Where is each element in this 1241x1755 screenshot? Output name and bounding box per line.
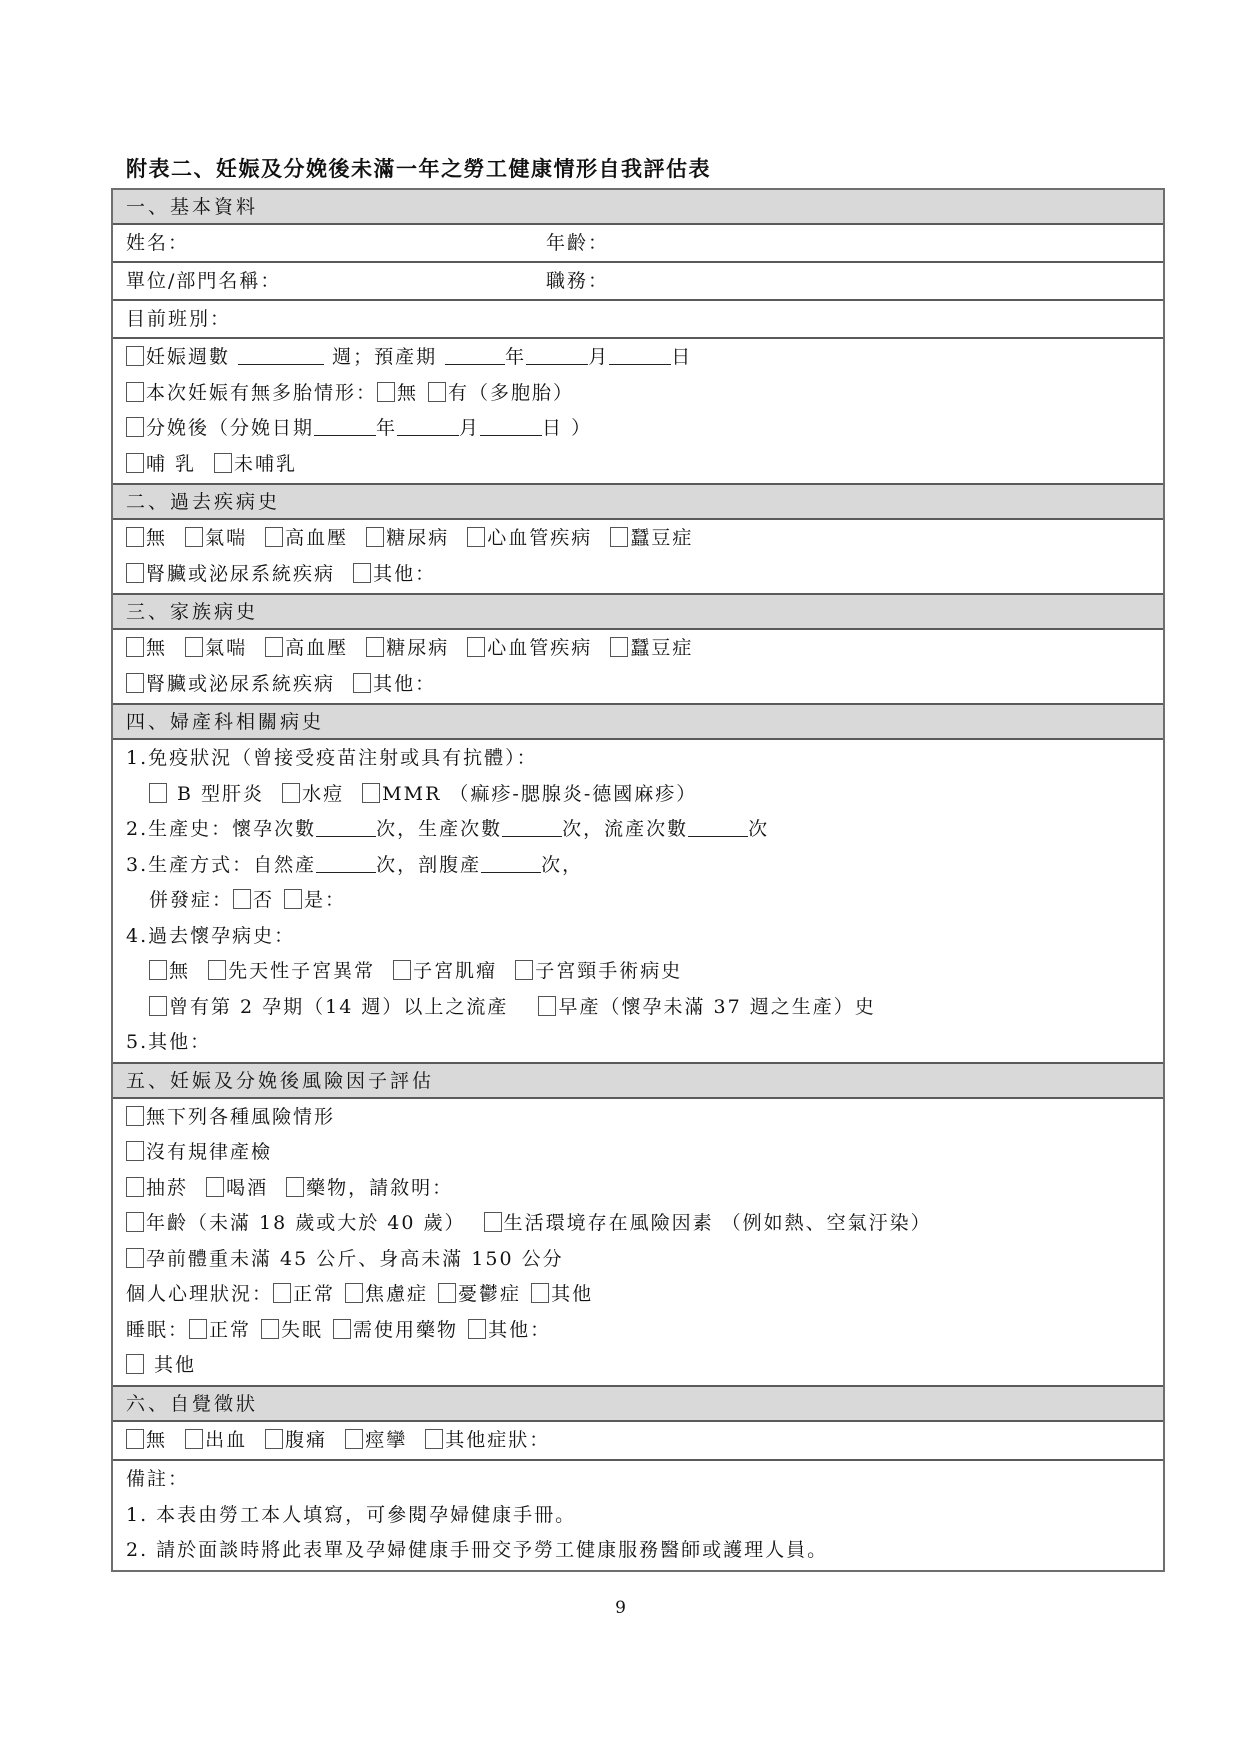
shift-row: 目前班別： bbox=[113, 301, 1163, 339]
past-history-block: 無 氣喘 高血壓 糖尿病 心血管疾病 蠶豆症 腎臟或泌尿系統疾病 其他： bbox=[113, 520, 1163, 595]
environment-risk-checkbox[interactable] bbox=[484, 1212, 502, 1232]
immunity-label: 1.免疫狀況（曾接受疫苗注射或具有抗體）： bbox=[113, 741, 1163, 777]
sleep-medication-checkbox[interactable] bbox=[333, 1319, 351, 1339]
uterine-anomaly-checkbox[interactable] bbox=[208, 960, 226, 980]
past-cardio-checkbox[interactable] bbox=[467, 527, 485, 547]
immunity-options-line: B 型肝炎 水痘 MMR （痲疹-腮腺炎-德國麻疹） bbox=[113, 777, 1163, 813]
no-risk-checkbox[interactable] bbox=[126, 1106, 144, 1126]
due-year-blank[interactable] bbox=[445, 346, 505, 365]
symptoms-line: 無 出血 腹痛 痙攣 其他症狀： bbox=[113, 1423, 1163, 1459]
past-renal-checkbox[interactable] bbox=[126, 563, 144, 583]
cramps-checkbox[interactable] bbox=[345, 1429, 363, 1449]
sleep-normal-checkbox[interactable] bbox=[189, 1319, 207, 1339]
cesarean-count-blank[interactable] bbox=[481, 854, 541, 873]
shift-label[interactable]: 目前班別： bbox=[126, 308, 231, 330]
symptoms-block: 無 出血 腹痛 痙攣 其他症狀： bbox=[113, 1422, 1163, 1462]
multiple-yes-checkbox[interactable] bbox=[428, 382, 446, 402]
body-size-checkbox[interactable] bbox=[126, 1248, 144, 1268]
drinking-checkbox[interactable] bbox=[206, 1177, 224, 1197]
family-history-line-1: 無 氣喘 高血壓 糖尿病 心血管疾病 蠶豆症 bbox=[113, 631, 1163, 667]
body-size-line: 孕前體重未滿 45 公斤、身高未滿 150 公分 bbox=[113, 1242, 1163, 1278]
past-history-line-1: 無 氣喘 高血壓 糖尿病 心血管疾病 蠶豆症 bbox=[113, 521, 1163, 557]
preterm-birth-checkbox[interactable] bbox=[538, 996, 556, 1016]
risk-other-line: 其他 bbox=[113, 1348, 1163, 1384]
notes-label: 備註： bbox=[113, 1462, 1163, 1498]
age-environment-line: 年齡（未滿 18 歲或大於 40 歲） 生活環境存在風險因素 （例如熱、空氣汙染… bbox=[113, 1206, 1163, 1242]
age-label[interactable]: 年齡： bbox=[546, 225, 609, 261]
mental-normal-checkbox[interactable] bbox=[273, 1283, 291, 1303]
family-renal-checkbox[interactable] bbox=[126, 673, 144, 693]
hepatitis-b-checkbox[interactable] bbox=[149, 783, 167, 803]
birth-count-blank[interactable] bbox=[502, 818, 562, 837]
past-asthma-checkbox[interactable] bbox=[185, 527, 203, 547]
pregnancy-weeks-checkbox[interactable] bbox=[126, 346, 144, 366]
past-pregnancy-line-1: 無 先天性子宮異常 子宮肌瘤 子宮頸手術病史 bbox=[113, 954, 1163, 990]
name-age-row: 姓名： 年齡： bbox=[113, 225, 1163, 263]
notes-block: 備註： 1. 本表由勞工本人填寫，可參閱孕婦健康手冊。 2. 請於面談時將此表單… bbox=[113, 1461, 1163, 1570]
position-label[interactable]: 職務： bbox=[546, 263, 609, 299]
postpartum-line: 分娩後（分娩日期年月日 ） bbox=[113, 411, 1163, 447]
family-diabetes-checkbox[interactable] bbox=[366, 637, 384, 657]
fibroids-checkbox[interactable] bbox=[393, 960, 411, 980]
no-checkup-line: 沒有規律產檢 bbox=[113, 1135, 1163, 1171]
delivery-mode-line: 3.生產方式：自然產次，剖腹產次， bbox=[113, 848, 1163, 884]
natural-birth-count-blank[interactable] bbox=[316, 854, 376, 873]
bleeding-checkbox[interactable] bbox=[185, 1429, 203, 1449]
complication-no-checkbox[interactable] bbox=[233, 889, 251, 909]
family-cardio-checkbox[interactable] bbox=[467, 637, 485, 657]
past-none-checkbox[interactable] bbox=[126, 527, 144, 547]
mental-status-line: 個人心理狀況：正常焦慮症憂鬱症其他 bbox=[113, 1277, 1163, 1313]
varicella-checkbox[interactable] bbox=[282, 783, 300, 803]
past-pregnancy-line-2: 曾有第 2 孕期（14 週）以上之流產 早產（懷孕未滿 37 週之生產）史 bbox=[113, 990, 1163, 1026]
complication-yes-checkbox[interactable] bbox=[284, 889, 302, 909]
multiple-no-checkbox[interactable] bbox=[377, 382, 395, 402]
insomnia-checkbox[interactable] bbox=[261, 1319, 279, 1339]
family-hypertension-checkbox[interactable] bbox=[265, 637, 283, 657]
name-label[interactable]: 姓名： bbox=[126, 232, 189, 254]
section-symptoms-header: 六、自覺徵狀 bbox=[113, 1387, 1163, 1422]
multiple-pregnancy-line: 本次妊娠有無多胎情形：無有（多胞胎） bbox=[113, 376, 1163, 412]
past-g6pd-checkbox[interactable] bbox=[610, 527, 628, 547]
delivery-year-blank[interactable] bbox=[314, 417, 376, 436]
depression-checkbox[interactable] bbox=[438, 1283, 456, 1303]
postpartum-checkbox[interactable] bbox=[126, 417, 144, 437]
birth-history-line: 2.生產史：懷孕次數次，生產次數次，流產次數次 bbox=[113, 812, 1163, 848]
section-past-history-header: 二、過去疾病史 bbox=[113, 485, 1163, 520]
delivery-day-blank[interactable] bbox=[480, 417, 542, 436]
sleep-other-checkbox[interactable] bbox=[468, 1319, 486, 1339]
past-preg-none-checkbox[interactable] bbox=[149, 960, 167, 980]
delivery-month-blank[interactable] bbox=[397, 417, 459, 436]
family-g6pd-checkbox[interactable] bbox=[610, 637, 628, 657]
age-risk-checkbox[interactable] bbox=[126, 1212, 144, 1232]
pregnancy-status-block: 妊娠週數 週；預產期 年月日 本次妊娠有無多胎情形：無有（多胞胎） 分娩後（分娩… bbox=[113, 339, 1163, 485]
due-day-blank[interactable] bbox=[609, 346, 671, 365]
miscarriage-count-blank[interactable] bbox=[688, 818, 748, 837]
section-obgyn-header: 四、婦產科相關病史 bbox=[113, 705, 1163, 740]
unit-label[interactable]: 單位/部門名稱： bbox=[126, 270, 281, 292]
anxiety-checkbox[interactable] bbox=[345, 1283, 363, 1303]
note-item-1: 1. 本表由勞工本人填寫，可參閱孕婦健康手冊。 bbox=[113, 1498, 1163, 1534]
symptom-none-checkbox[interactable] bbox=[126, 1429, 144, 1449]
smoking-checkbox[interactable] bbox=[126, 1177, 144, 1197]
risk-other-checkbox[interactable] bbox=[126, 1354, 144, 1374]
section-risk-factors-header: 五、妊娠及分娩後風險因子評估 bbox=[113, 1064, 1163, 1099]
multiple-pregnancy-checkbox[interactable] bbox=[126, 382, 144, 402]
form-title: 附表二、妊娠及分娩後未滿一年之勞工健康情形自我評估表 bbox=[126, 153, 711, 183]
due-month-blank[interactable] bbox=[526, 346, 588, 365]
second-trimester-loss-checkbox[interactable] bbox=[149, 996, 167, 1016]
self-assessment-form: 一、基本資料 姓名： 年齡： 單位/部門名稱： 職務： 目前班別： 妊娠週數 週… bbox=[111, 188, 1165, 1572]
family-history-block: 無 氣喘 高血壓 糖尿病 心血管疾病 蠶豆症 腎臟或泌尿系統疾病 其他： bbox=[113, 630, 1163, 705]
sleep-line: 睡眠：正常失眠需使用藥物其他： bbox=[113, 1313, 1163, 1349]
mental-other-checkbox[interactable] bbox=[531, 1283, 549, 1303]
complication-line: 併發症：否是： bbox=[113, 883, 1163, 919]
cervical-surgery-checkbox[interactable] bbox=[515, 960, 533, 980]
risk-factors-block: 無下列各種風險情形 沒有規律產檢 抽菸 喝酒 藥物，請敘明： 年齡（未滿 18 … bbox=[113, 1099, 1163, 1387]
family-none-checkbox[interactable] bbox=[126, 637, 144, 657]
pregnancy-count-blank[interactable] bbox=[316, 818, 376, 837]
past-pregnancy-label: 4.過去懷孕病史： bbox=[113, 919, 1163, 955]
family-history-line-2: 腎臟或泌尿系統疾病 其他： bbox=[113, 667, 1163, 703]
obgyn-other-label[interactable]: 5.其他： bbox=[113, 1025, 1163, 1061]
not-breastfeeding-checkbox[interactable] bbox=[214, 453, 232, 473]
past-other-checkbox[interactable] bbox=[353, 563, 371, 583]
mmr-checkbox[interactable] bbox=[362, 783, 380, 803]
unit-position-row: 單位/部門名稱： 職務： bbox=[113, 263, 1163, 301]
section-family-history-header: 三、家族病史 bbox=[113, 595, 1163, 630]
no-checkup-checkbox[interactable] bbox=[126, 1141, 144, 1161]
family-asthma-checkbox[interactable] bbox=[185, 637, 203, 657]
obgyn-block: 1.免疫狀況（曾接受疫苗注射或具有抗體）： B 型肝炎 水痘 MMR （痲疹-腮… bbox=[113, 740, 1163, 1064]
past-diabetes-checkbox[interactable] bbox=[366, 527, 384, 547]
page-number: 9 bbox=[0, 1598, 1241, 1618]
abdominal-pain-checkbox[interactable] bbox=[265, 1429, 283, 1449]
section-basic-info-header: 一、基本資料 bbox=[113, 190, 1163, 225]
family-other-checkbox[interactable] bbox=[353, 673, 371, 693]
past-hypertension-checkbox[interactable] bbox=[265, 527, 283, 547]
breastfeeding-checkbox[interactable] bbox=[126, 453, 144, 473]
no-risk-line: 無下列各種風險情形 bbox=[113, 1100, 1163, 1136]
symptom-other-checkbox[interactable] bbox=[425, 1429, 443, 1449]
past-history-line-2: 腎臟或泌尿系統疾病 其他： bbox=[113, 557, 1163, 593]
breastfeeding-line: 哺 乳未哺乳 bbox=[113, 447, 1163, 483]
weeks-blank[interactable] bbox=[238, 346, 324, 365]
note-item-2: 2. 請於面談時將此表單及孕婦健康手冊交予勞工健康服務醫師或護理人員。 bbox=[113, 1533, 1163, 1569]
drugs-checkbox[interactable] bbox=[286, 1177, 304, 1197]
substances-line: 抽菸 喝酒 藥物，請敘明： bbox=[113, 1171, 1163, 1207]
pregnancy-weeks-line: 妊娠週數 週；預產期 年月日 bbox=[113, 340, 1163, 376]
